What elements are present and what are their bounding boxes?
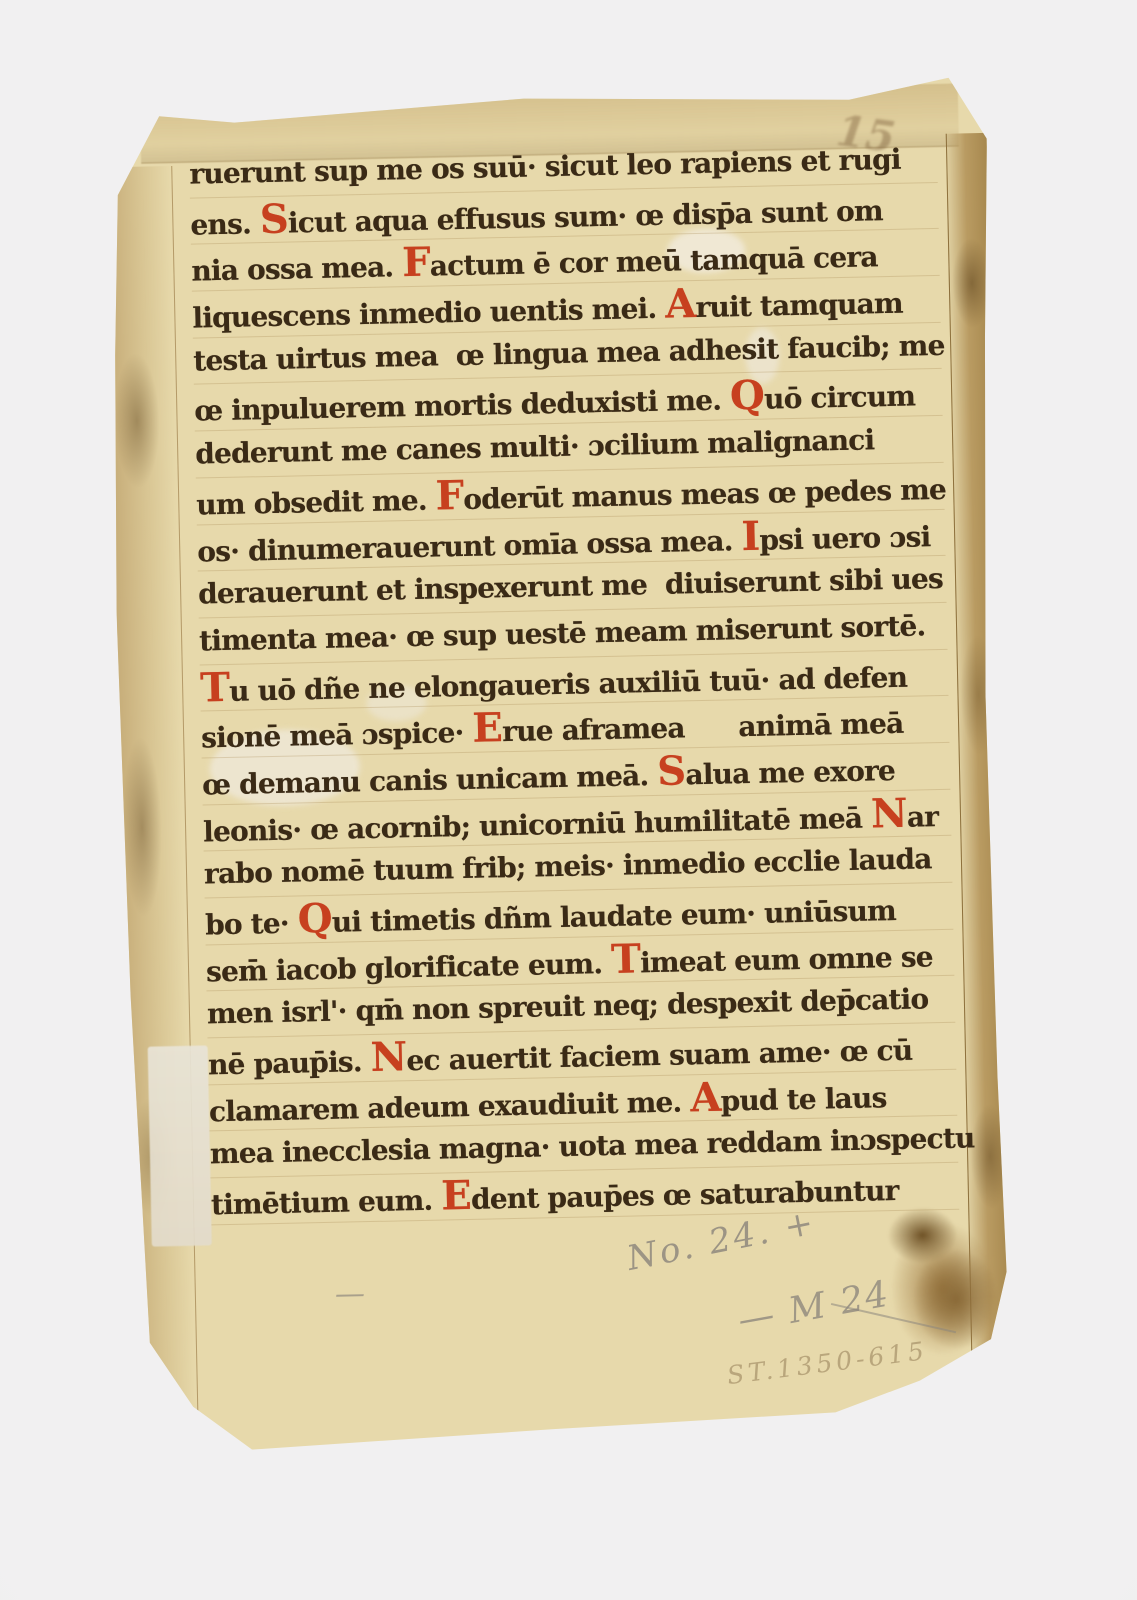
text-segment: pud te laus bbox=[720, 1081, 887, 1117]
rubric-initial: A bbox=[665, 280, 696, 328]
rubric-initial: F bbox=[435, 472, 464, 520]
rubric-initial: T bbox=[200, 663, 230, 711]
text-segment: mea inecclesia magna· uota mea reddam in… bbox=[210, 1122, 975, 1171]
text-segment: rue aframea animā meā bbox=[502, 707, 904, 748]
text-segment: testa uirtus mea œ lingua mea adhesit fa… bbox=[193, 329, 945, 378]
rubric-initial: I bbox=[741, 512, 760, 559]
rubric-initial: N bbox=[370, 1033, 407, 1081]
text-segment: sionē meā ɔspice· bbox=[201, 716, 473, 755]
text-segment: liquescens inmedio uentis mei. bbox=[192, 292, 666, 335]
text-segment: oderūt manus meas œ pedes me bbox=[463, 473, 946, 516]
rubric-initial: E bbox=[472, 704, 503, 752]
text-segment: actum ē cor meū tamquā cera bbox=[430, 241, 878, 283]
pencil-dash: — bbox=[335, 1276, 366, 1312]
text-segment: um obsedit me. bbox=[196, 483, 436, 521]
rubric-initial: S bbox=[259, 195, 288, 243]
text-block: ruerunt sup me os suū· sicut leo rapiens… bbox=[189, 136, 959, 1225]
text-segment: œ demanu canis unicam meā. bbox=[202, 759, 658, 802]
text-segment: timenta mea· œ sup uestē meam miserunt s… bbox=[199, 609, 926, 657]
text-segment: derauerunt et inspexerunt me diuiserunt … bbox=[198, 562, 943, 611]
text-segment: nē paup̄is. bbox=[208, 1045, 371, 1081]
rubric-initial: E bbox=[441, 1172, 472, 1220]
photograph: { "photo": { "background_color": "#f1f0f… bbox=[0, 0, 1137, 1600]
text-segment: psi uero ɔsi bbox=[759, 520, 931, 557]
text-segment: timētium eum. bbox=[211, 1184, 442, 1222]
rubric-initial: A bbox=[690, 1073, 721, 1121]
manuscript-leaf: 15 ruerunt sup me os suū· sicut leo rapi… bbox=[104, 77, 1015, 1467]
text-segment: alua me exore bbox=[685, 754, 895, 791]
text-segment: bo te· bbox=[205, 907, 298, 942]
rubric-initial: S bbox=[657, 747, 686, 795]
text-segment: ec auertit faciem suam ame· œ cū bbox=[406, 1034, 913, 1078]
pencil-annotation-m24: — M 24 bbox=[735, 1274, 893, 1342]
text-segment: ens. bbox=[190, 207, 260, 241]
text-segment: imeat eum omne se bbox=[640, 940, 933, 979]
rubric-initial: F bbox=[402, 239, 431, 287]
text-segment: ruerunt sup me os suū· sicut leo rapiens… bbox=[189, 143, 901, 191]
rubric-initial: T bbox=[611, 935, 641, 983]
rubric-initial: N bbox=[871, 789, 908, 837]
rubric-initial: Q bbox=[730, 372, 765, 420]
left-stained-edge bbox=[105, 166, 199, 1437]
text-segment: men isrl'· qm̄ non spreuit neq; despexit… bbox=[207, 983, 929, 1031]
text-segment: dederunt me canes multi· ɔcilium maligna… bbox=[195, 423, 875, 470]
text-segment: uō circum bbox=[764, 380, 916, 416]
rubric-initial: Q bbox=[297, 895, 332, 943]
text-segment: clamarem adeum exaudiuit me. bbox=[209, 1085, 691, 1128]
text-segment: nia ossa mea. bbox=[191, 251, 403, 288]
text-segment: dent paup̄es œ saturabuntur bbox=[471, 1174, 899, 1216]
text-segment: sem̄ iacob glorificate eum. bbox=[206, 947, 612, 988]
text-segment: rabo nomē tuum frib; meis· inmedio eccli… bbox=[204, 843, 932, 891]
tape-repair-patch bbox=[148, 1045, 212, 1246]
text-segment: ruit tamquam bbox=[695, 287, 903, 324]
text-segment: ar bbox=[907, 800, 939, 834]
